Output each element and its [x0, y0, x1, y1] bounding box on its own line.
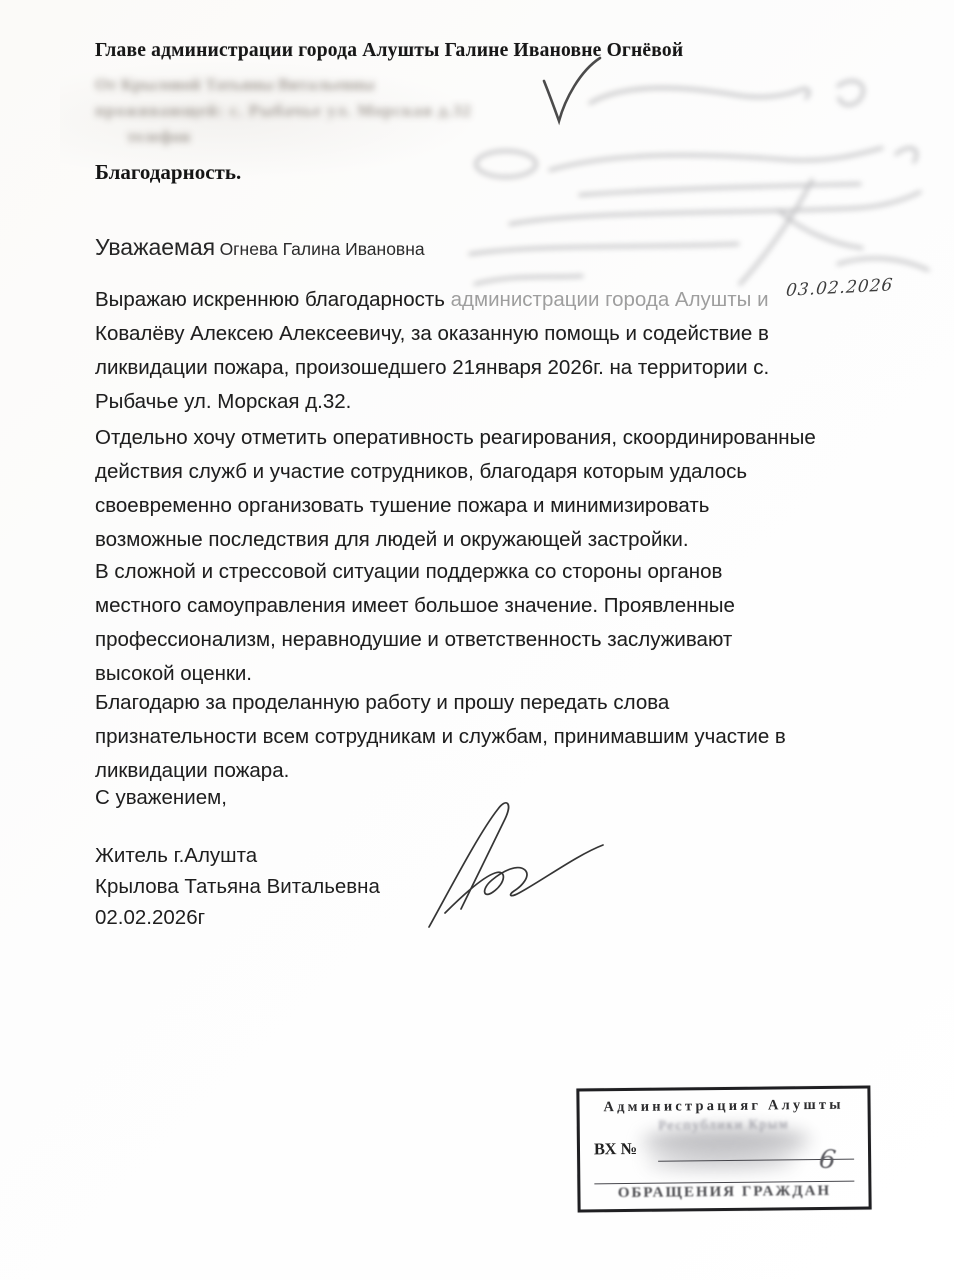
closing-line: С уважением, — [95, 786, 227, 810]
paragraph-1: Выражаю искреннюю благодарность админист… — [95, 283, 769, 419]
stamp-bottom-line: ОБРАЩЕНИЯ ГРАЖДАН — [580, 1182, 868, 1202]
letter-title: Благодарность. — [95, 160, 241, 185]
paragraph-line: Отдельно хочу отметить оперативность реа… — [95, 421, 816, 455]
letter-date: 02.02.2026г — [95, 902, 380, 933]
paragraph-line: действия служб и участие сотрудников, бл… — [95, 455, 816, 489]
handwritten-signature — [405, 785, 615, 935]
sender-phone-redacted: телефон — [127, 124, 472, 150]
paragraph-line: Выражаю искреннюю благодарность админист… — [95, 283, 769, 317]
salutation-line: Уважаемая Огнева Галина Ивановна — [95, 234, 425, 261]
signer-role: Житель г.Алушта — [95, 840, 380, 871]
sender-address-redacted: проживающей: с. Рыбачье ул. Морская д.32 — [95, 98, 472, 124]
scanned-letter-page: Главе администрации города Алушты Галине… — [0, 0, 954, 1280]
resolution-handwriting-marks — [440, 58, 954, 308]
paragraph-line: ликвидации пожара. — [95, 754, 786, 788]
salutation-name: Огнева Галина Ивановна — [220, 239, 425, 259]
paragraph-line: Рыбачье ул. Морская д.32. — [95, 385, 769, 419]
paragraph-line: признательности всем сотрудникам и служб… — [95, 720, 786, 754]
paragraph-line: Ковалёву Алексею Алексеевичу, за оказанн… — [95, 317, 769, 351]
paragraph-line: В сложной и стрессовой ситуации поддержк… — [95, 555, 735, 589]
signer-name: Крылова Татьяна Витальевна — [95, 871, 380, 902]
sender-block-redacted: От Крыловой Татьяны Витальевны проживающ… — [95, 72, 472, 150]
stamp-handwriting-smudge — [642, 1127, 810, 1155]
paragraph-line: местного самоуправления имеет большое зн… — [95, 589, 735, 623]
paragraph-4: Благодарю за проделанную работу и прошу … — [95, 686, 786, 788]
p1-dark-span: Выражаю искреннюю благодарность — [95, 288, 451, 311]
stamp-handwritten-digit: 6 — [818, 1144, 838, 1176]
stamp-org-line: Администрацияг Алушты — [579, 1096, 867, 1116]
sender-name-redacted: От Крыловой Татьяны Витальевны — [95, 72, 472, 98]
paragraph-line: ликвидации пожара, произошедшего 21январ… — [95, 351, 769, 385]
paragraph-line: своевременно организовать тушение пожара… — [95, 489, 816, 523]
paragraph-line: возможные последствия для людей и окружа… — [95, 523, 816, 557]
paragraph-line: профессионализм, неравнодушие и ответств… — [95, 623, 735, 657]
salutation-prefix: Уважаемая — [95, 234, 215, 260]
paragraph-line: Благодарю за проделанную работу и прошу … — [95, 686, 786, 720]
stamp-incoming-number-label: ВХ № — [594, 1139, 637, 1159]
p1-faded-span: администрации города Алушты и — [451, 288, 769, 311]
paragraph-3: В сложной и стрессовой ситуации поддержк… — [95, 555, 735, 691]
signature-block: Житель г.Алушта Крылова Татьяна Витальев… — [95, 840, 380, 933]
incoming-stamp: Администрацияг Алушты Республики Крым ВХ… — [576, 1085, 871, 1212]
paragraph-2: Отдельно хочу отметить оперативность реа… — [95, 421, 816, 557]
